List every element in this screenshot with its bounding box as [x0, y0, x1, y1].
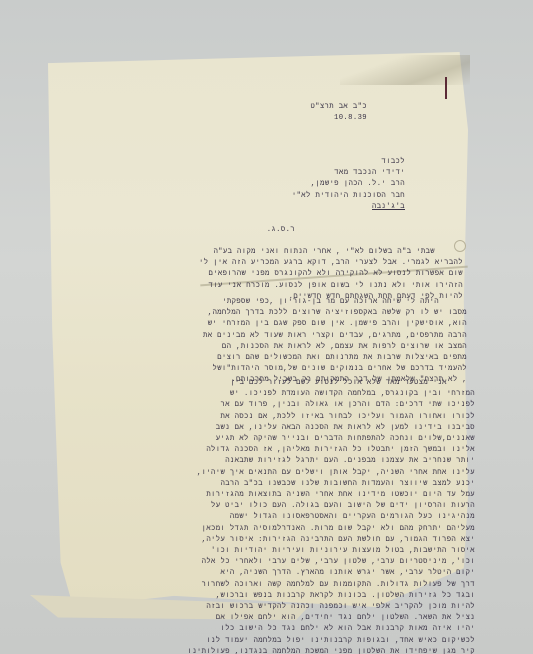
text-line: דרך של פעולות גדולות. התקוממות עם למלחמה… [130, 580, 475, 591]
text-line: הוא, אוסישקין והרב פישמן. אין שום ספק שג… [127, 319, 467, 330]
text-line: יצא הפרוד הגמור, עם חולשת העם התרבינה הג… [130, 535, 475, 546]
letter-date: כ"ב אב תרצ"ט 10.8.39 [310, 102, 367, 124]
staple-mark [445, 77, 447, 99]
text-line: לפניכו שתי דרכים: הדם והרכן או גאולה ובנ… [130, 400, 475, 411]
text-line: להיות מוכן להקריב אלפי איש וכמפנה וכהנה … [130, 602, 475, 613]
text-line: שאננים,שלוים ונחכה להתפתחות הדברים ובניי… [130, 434, 475, 445]
text-line: יכנע למצב שיווצר והעמדות החשובות שלנו שכ… [130, 479, 475, 490]
address-line: ידידי הנכבד מאד [292, 168, 405, 179]
address-line: הרב י.ל. הכהן פישמן, [292, 179, 405, 190]
text-line: מעליהם יתרחק מהם ולא יקבל שום מרות. האנד… [130, 524, 475, 535]
text-line: הזהירו אותי ולא נתנו לי בשום אופן לנסוע.… [133, 281, 463, 292]
text-line: לכורו ואחורו הגמור ועליכו לבחור באיזו לל… [130, 412, 475, 423]
text-line: הרבה מתרפסים, מתרגים, עבדים וקצרי ראות ש… [127, 331, 467, 342]
text-line: המצב או שרוצים לרפות את עצמם, לא לראות א… [127, 342, 467, 353]
text-line: עמל עד היום יוכשטו מידינו אחת אחרי השניה… [130, 490, 475, 501]
address-city: ב'ג'נבה [292, 202, 405, 213]
paragraph-3: אני מצטער מאד שלא אוכל לנסוע לשם לעזור ל… [130, 378, 475, 654]
text-line: יהיו איזה מאות קרבנות אבל הוא לא ילחם נג… [130, 624, 475, 635]
text-line: היתה לי שיחה ארוכה עם מר בן-גוריון ,כפי … [127, 297, 467, 308]
address-line: לכבוד [292, 157, 405, 168]
text-line: הרעות והרסיון ידים של הישוב והעם בגולה. … [130, 501, 475, 512]
text-line: נציל את השאר. השלטון ילחם נגד יחידים, הו… [130, 613, 475, 624]
text-line: יותר שנחריב את עצמנו מבפנים. העם יתרגל ל… [130, 456, 475, 467]
date-hebrew: כ"ב אב תרצ"ט [310, 102, 367, 113]
text-line: סביבנו בידינו למען לא לראות את הסכנה הבא… [130, 423, 475, 434]
address-line: חבר הסוכנות היהודית לא"י [292, 191, 405, 202]
text-line: המזרחי ובין בקונגרס, במלחמה הקדושה העומד… [130, 389, 475, 400]
text-line: להבריא לגמרי. אבל לצערי הרב, דוקא ברגע ה… [133, 258, 463, 269]
paragraph-1: שבתי ב"ה בשלום לא"י , אחרי הנתוח ואני מק… [133, 247, 463, 303]
paper-fold [340, 55, 470, 85]
text-line: אלינו ובמשך הזמן יתבטלו כל הגזירות מאליה… [130, 445, 475, 456]
text-line: לכשיקום כאיש אחד, ובגופות קרבנותינו יפול… [130, 636, 475, 647]
text-line: שום אפשרות לנסוע לא להוקירה ולא להקונגרס… [133, 269, 463, 280]
text-line: להעמיד בדרכם של אחרים בנמוקים שונים של,מ… [127, 364, 467, 375]
text-line: קיר מגן שיפחידו את השלטון מפני המשכת המל… [130, 647, 475, 654]
salutation: ר.ס.ג. [267, 225, 295, 236]
text-line: מנהיגינו כעל הגורמים העקריים והאסטרפאסונ… [130, 512, 475, 523]
date-gregorian: 10.8.39 [310, 113, 367, 124]
text-line: עלינו אחת אחרי השניה, יקבל אותן וישלים ע… [130, 468, 475, 479]
text-line: וכו', מיניסטריום ערבי, שלטון ערבי, שלים … [130, 557, 475, 568]
text-line: מתפים באיצלות שרבות את מתרנותם ואת המכשו… [127, 353, 467, 364]
text-line: אני מצטער מאד שלא אוכל לנסוע לשם לעזור ל… [130, 378, 475, 389]
text-line: יקום היטלר ערבי, אשר יגרש אותנו מהארץ. ה… [130, 568, 475, 579]
text-line: מסבו יש לו רק שלשה באקספוזיציה שרוצים לל… [127, 308, 467, 319]
recipient-address: לכבוד ידידי הנכבד מאד הרב י.ל. הכהן פישמ… [292, 157, 405, 213]
paragraph-2: היתה לי שיחה ארוכה עם מר בן-גוריון ,כפי … [127, 297, 467, 387]
text-line: שבתי ב"ה בשלום לא"י , אחרי הנתוח ואני מק… [133, 247, 463, 258]
text-line: איסור התישבות, בטול מועצות עירוניות ועיר… [130, 546, 475, 557]
text-line: ובגד כל גזירות השלטון. בכונות לקראת קרבנ… [130, 591, 475, 602]
